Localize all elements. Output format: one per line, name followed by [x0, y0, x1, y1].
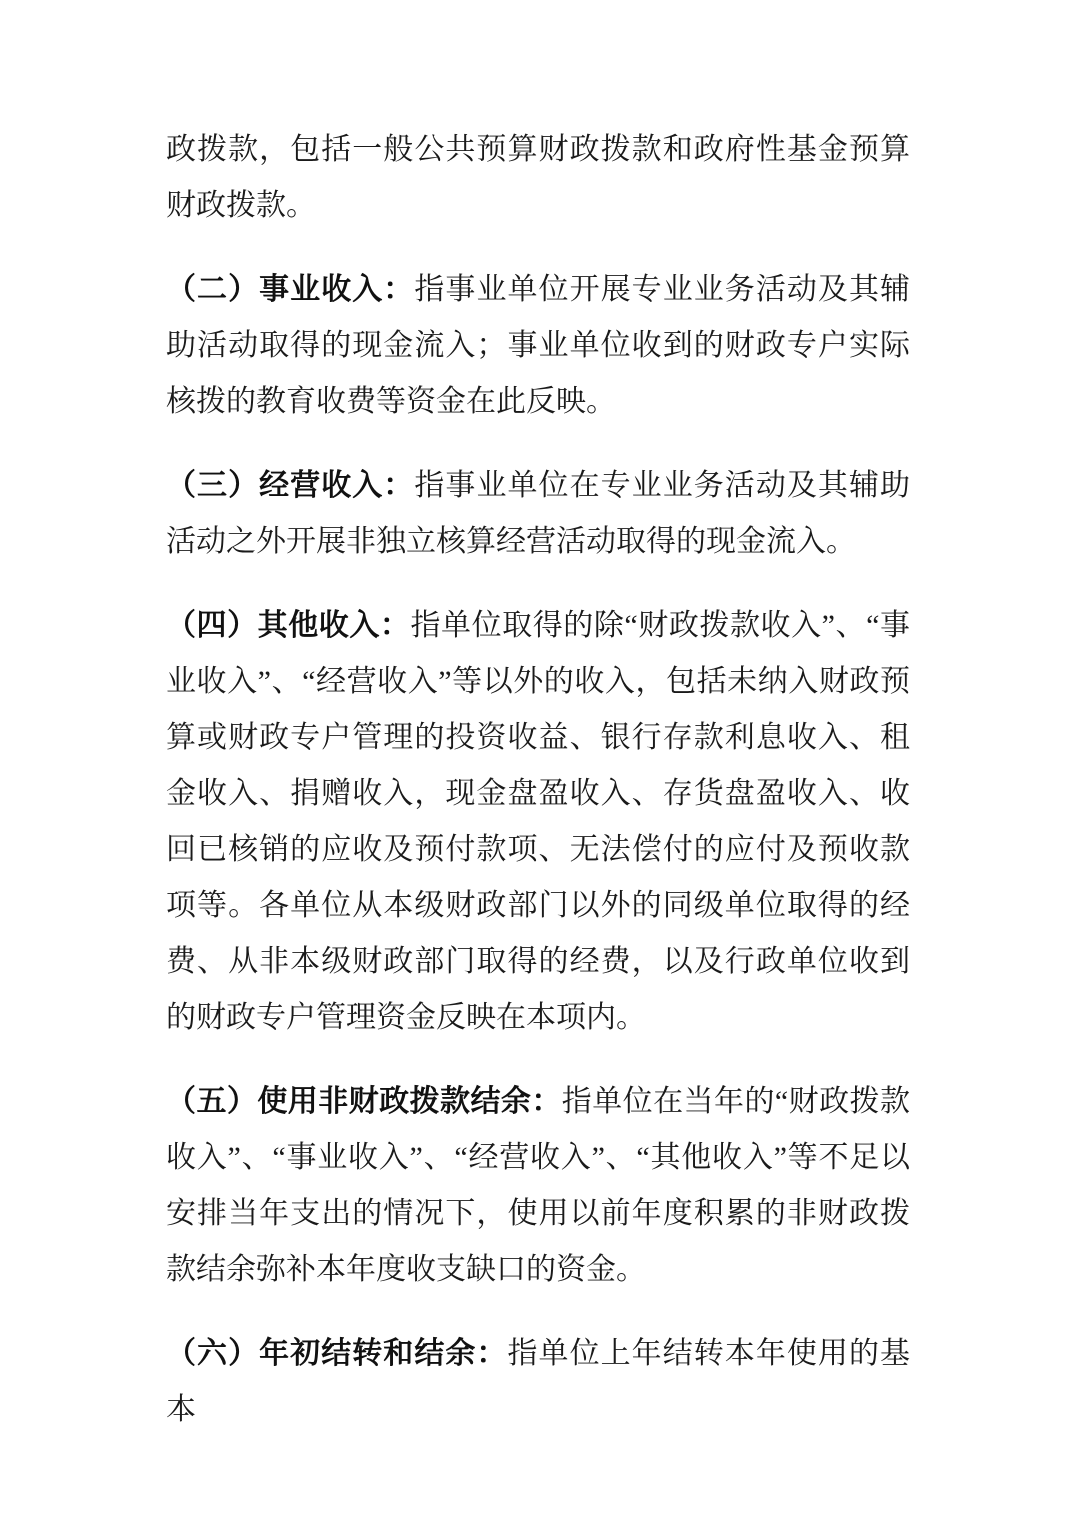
section-heading-3: （三）经营收入： [166, 469, 414, 502]
paragraph-continuation: 政拨款，包括一般公共预算财政拨款和政府性基金预算财政拨款。 [166, 122, 910, 234]
section-heading-4: （四）其他收入： [166, 609, 411, 642]
section-heading-2: （二）事业收入： [166, 273, 414, 306]
document-content: 政拨款，包括一般公共预算财政拨款和政府性基金预算财政拨款。 （二）事业收入：指事… [0, 0, 1075, 1438]
paragraph-section-6: （六）年初结转和结余：指单位上年结转本年使用的基本 [166, 1326, 910, 1438]
paragraph-text: 指单位取得的除“财政拨款收入”、“事业收入”、“经营收入”等以外的收入，包括未纳… [166, 609, 910, 1034]
section-heading-6: （六）年初结转和结余： [166, 1337, 507, 1370]
section-heading-5: （五）使用非财政拨款结余： [166, 1085, 562, 1118]
paragraph-text: 政拨款，包括一般公共预算财政拨款和政府性基金预算财政拨款。 [166, 133, 910, 222]
paragraph-section-4: （四）其他收入：指单位取得的除“财政拨款收入”、“事业收入”、“经营收入”等以外… [166, 598, 910, 1046]
paragraph-section-3: （三）经营收入：指事业单位在专业业务活动及其辅助活动之外开展非独立核算经营活动取… [166, 458, 910, 570]
paragraph-section-2: （二）事业收入：指事业单位开展专业业务活动及其辅助活动取得的现金流入；事业单位收… [166, 262, 910, 430]
paragraph-section-5: （五）使用非财政拨款结余：指单位在当年的“财政拨款收入”、“事业收入”、“经营收… [166, 1074, 910, 1298]
document-page: 政拨款，包括一般公共预算财政拨款和政府性基金预算财政拨款。 （二）事业收入：指事… [0, 0, 1075, 1520]
